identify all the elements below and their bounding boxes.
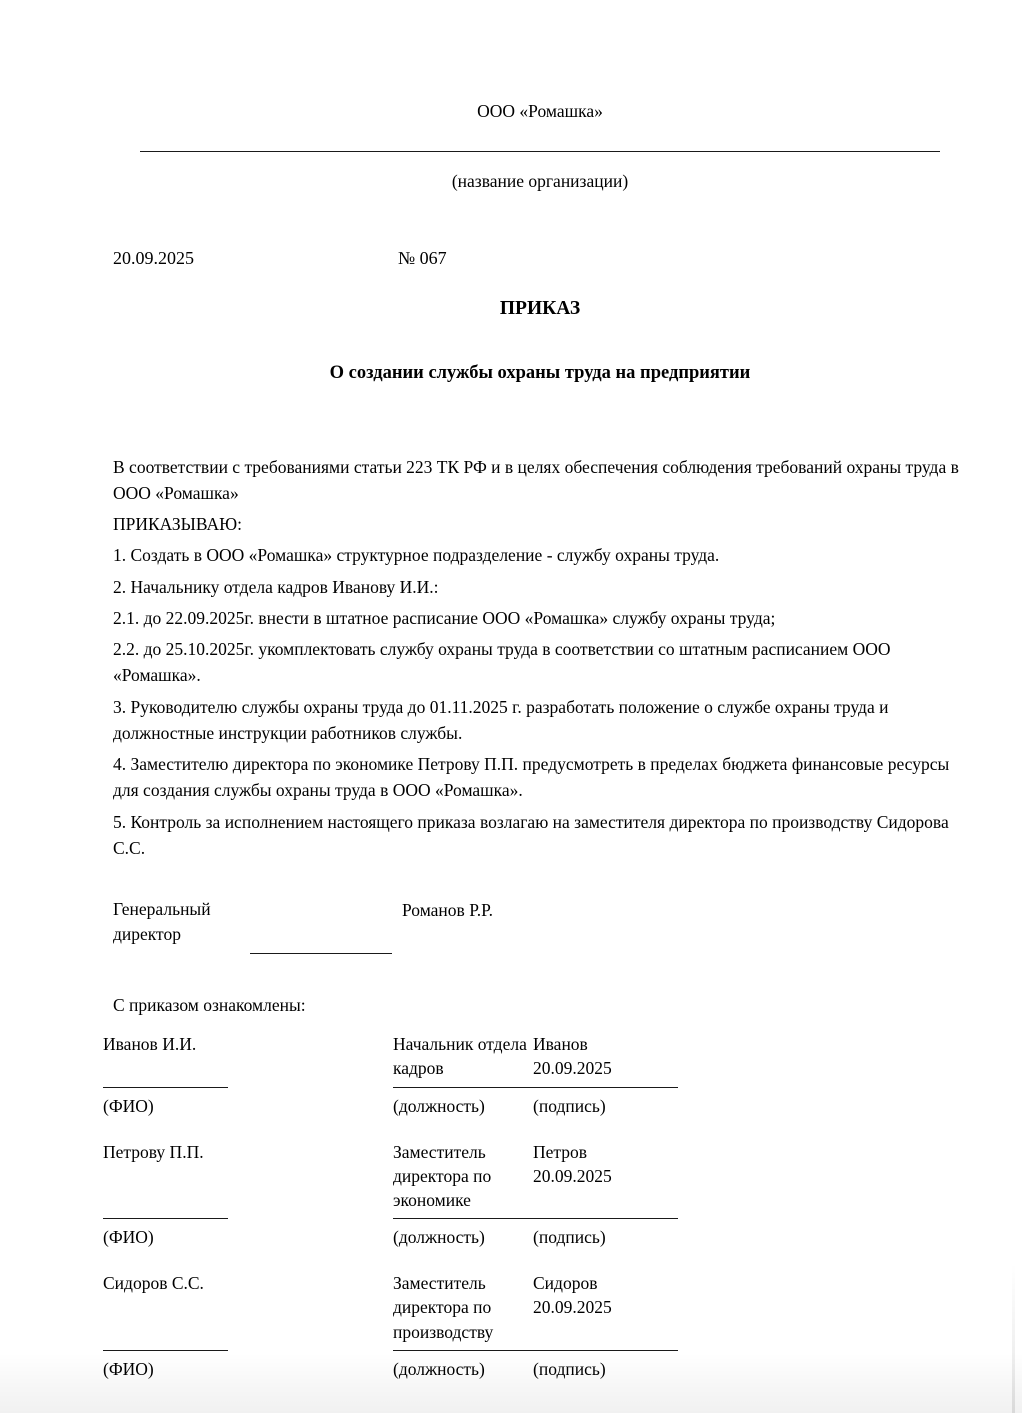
ack-sign-name: Петров: [533, 1140, 678, 1164]
ack-row: Иванов И.И. Начальник отдела кадров Иван…: [103, 1032, 678, 1087]
document-number: № 067: [398, 245, 447, 272]
label-sign: (подпись): [533, 1087, 678, 1140]
organization-caption: (название организации): [113, 168, 967, 194]
document-date: 20.09.2025: [113, 245, 398, 272]
label-position: (должность): [393, 1350, 533, 1403]
organization-name-line: [140, 151, 940, 152]
ack-gap: [228, 1271, 393, 1350]
order-item: 3. Руководителю службы охраны труда до 0…: [113, 694, 967, 747]
intro-paragraph: В соответствии с требованиями статьи 223…: [113, 454, 967, 507]
director-name: Романов Р.Р.: [392, 897, 493, 946]
ack-sign-name: Иванов: [533, 1032, 678, 1056]
order-item: 5. Контроль за исполнением настоящего пр…: [113, 809, 967, 862]
label-position: (должность): [393, 1219, 533, 1272]
label-position: (должность): [393, 1087, 533, 1140]
director-signature-block: Генеральный директор Романов Р.Р.: [113, 897, 967, 946]
order-item: 2.1. до 22.09.2025г. внести в штатное ра…: [113, 605, 967, 631]
ack-sign-date: 20.09.2025: [533, 1295, 678, 1319]
document-subject: О создании службы охраны труда на предпр…: [113, 360, 967, 388]
acknowledgement-table: Иванов И.И. Начальник отдела кадров Иван…: [103, 1032, 678, 1403]
document-title: ПРИКАЗ: [113, 294, 967, 323]
ack-fio: Иванов И.И.: [103, 1032, 228, 1087]
label-sign: (подпись): [533, 1350, 678, 1403]
ack-gap: [228, 1350, 393, 1403]
ack-fio: Петрову П.П.: [103, 1140, 228, 1219]
acknowledged-heading: С приказом ознакомлены:: [113, 992, 967, 1018]
ack-row: Сидоров С.С. Заместитель директора по пр…: [103, 1271, 678, 1350]
order-item: 2. Начальнику отдела кадров Иванову И.И.…: [113, 574, 967, 600]
label-sign: (подпись): [533, 1219, 678, 1272]
ack-position: Заместитель директора по производству: [393, 1271, 533, 1350]
ack-position: Начальник отдела кадров: [393, 1032, 533, 1087]
ack-signature: Сидоров 20.09.2025: [533, 1271, 678, 1350]
order-item: 2.2. до 25.10.2025г. укомплектовать служ…: [113, 636, 967, 689]
ack-gap: [228, 1087, 393, 1140]
ack-label-row: (ФИО) (должность) (подпись): [103, 1219, 678, 1272]
director-signature-line: [250, 897, 392, 954]
ack-label-row: (ФИО) (должность) (подпись): [103, 1350, 678, 1403]
ack-position: Заместитель директора по экономике: [393, 1140, 533, 1219]
order-item: 4. Заместителю директора по экономике Пе…: [113, 751, 967, 804]
ack-gap: [228, 1032, 393, 1087]
label-fio: (ФИО): [103, 1087, 228, 1140]
organization-name: ООО «Ромашка»: [113, 98, 967, 124]
document-body: В соответствии с требованиями статьи 223…: [113, 454, 967, 862]
ack-row: Петрову П.П. Заместитель директора по эк…: [103, 1140, 678, 1219]
ack-signature: Иванов 20.09.2025: [533, 1032, 678, 1087]
ack-gap: [228, 1140, 393, 1219]
ack-label-row: (ФИО) (должность) (подпись): [103, 1087, 678, 1140]
director-position: Генеральный директор: [113, 897, 250, 946]
ack-signature: Петров 20.09.2025: [533, 1140, 678, 1219]
ack-sign-name: Сидоров: [533, 1271, 678, 1295]
document-content: ООО «Ромашка» (название организации) 20.…: [0, 0, 1022, 1403]
ack-fio: Сидоров С.С.: [103, 1271, 228, 1350]
ack-sign-date: 20.09.2025: [533, 1056, 678, 1080]
order-item: 1. Создать в ООО «Ромашка» структурное п…: [113, 542, 967, 568]
ack-sign-date: 20.09.2025: [533, 1164, 678, 1188]
date-number-row: 20.09.2025 № 067: [113, 245, 967, 272]
document-page: ООО «Ромашка» (название организации) 20.…: [0, 0, 1022, 1413]
resolution-word: ПРИКАЗЫВАЮ:: [113, 511, 967, 537]
label-fio: (ФИО): [103, 1350, 228, 1403]
label-fio: (ФИО): [103, 1219, 228, 1272]
ack-gap: [228, 1219, 393, 1272]
